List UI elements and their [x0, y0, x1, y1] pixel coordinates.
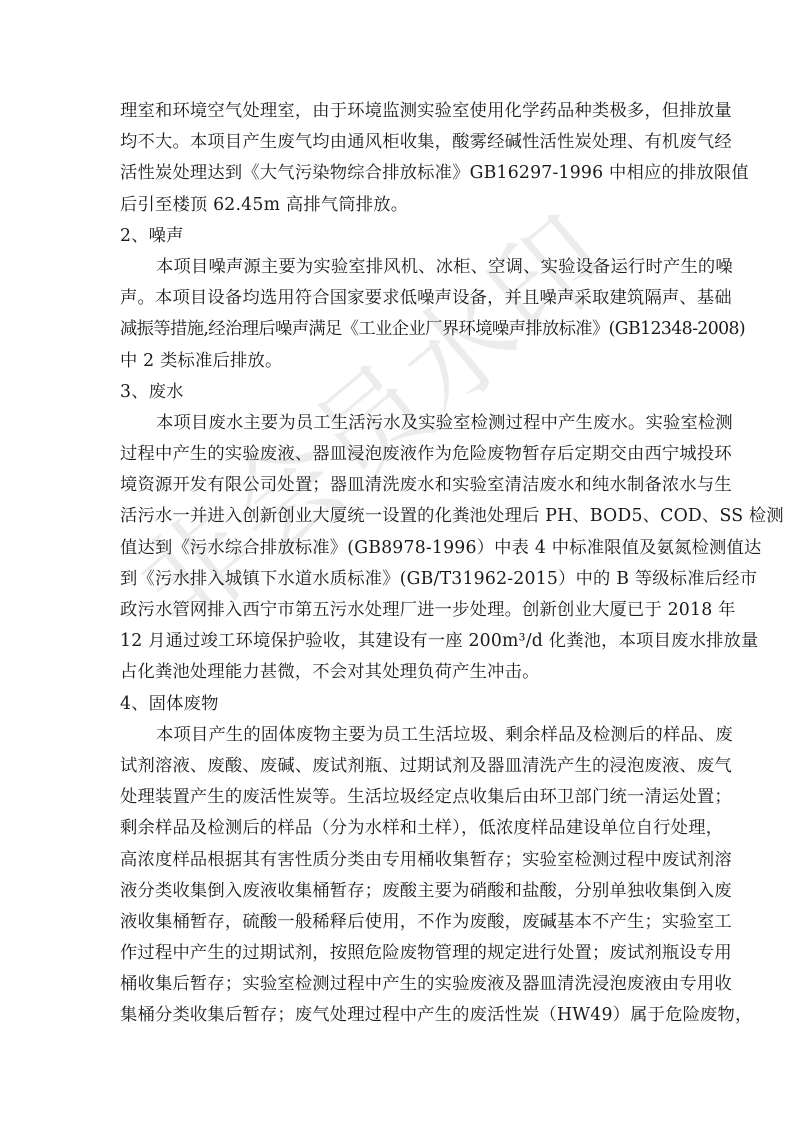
- paragraph-wastewater: 本项目废水主要为员工生活污水及实验室检测过程中产生废水。实验室检测 过程中产生的…: [120, 408, 684, 689]
- paragraph-exhaust-gas: 理室和环境空气处理室，由于环境监测实验室使用化学药品种类极多，但排放量 均不大。…: [120, 96, 684, 221]
- text-line: 中 2 类标准后排放。: [120, 346, 684, 377]
- text-line: 液收集桶暂存，硫酸一般稀释后使用，不作为废酸，废碱基本不产生；实验室工: [120, 907, 684, 938]
- text-line: 本项目废水主要为员工生活污水及实验室检测过程中产生废水。实验室检测: [120, 408, 684, 439]
- paragraph-noise: 本项目噪声源主要为实验室排风机、冰柜、空调、实验设备运行时产生的噪 声。本项目设…: [120, 252, 684, 377]
- text-line: 集桶分类收集后暂存；废气处理过程中产生的废活性炭（HW49）属于危险废物，: [120, 1000, 684, 1031]
- text-line: 剩余样品及检测后的样品（分为水样和土样），低浓度样品建设单位自行处理，: [120, 813, 684, 844]
- text-line: 活性炭处理达到《大气污染物综合排放标准》GB16297-1996 中相应的排放限…: [120, 158, 684, 189]
- text-line: 境资源开发有限公司处置；器皿清洗废水和实验室清洁废水和纯水制备浓水与生: [120, 470, 684, 501]
- text-line: 高浓度样品根据其有害性质分类由专用桶收集暂存；实验室检测过程中废试剂溶: [120, 845, 684, 876]
- text-line: 活污水一并进入创新创业大厦统一设置的化粪池处理后 PH、BOD5、COD、SS …: [120, 501, 684, 532]
- text-line: 本项目产生的固体废物主要为员工生活垃圾、剩余样品及检测后的样品、废: [120, 720, 684, 751]
- text-line: 值达到《污水综合排放标准》(GB8978-1996）中表 4 中标准限值及氨氮检…: [120, 533, 684, 564]
- text-line: 液分类收集倒入废液收集桶暂存；废酸主要为硝酸和盐酸，分别单独收集倒入废: [120, 876, 684, 907]
- text-line: 后引至楼顶 62.45m 高排气筒排放。: [120, 190, 684, 221]
- text-line: 本项目噪声源主要为实验室排风机、冰柜、空调、实验设备运行时产生的噪: [120, 252, 684, 283]
- text-line: 均不大。本项目产生废气均由通风柜收集，酸雾经碱性活性炭处理、有机废气经: [120, 127, 684, 158]
- text-line: 处理装置产生的废活性炭等。生活垃圾经定点收集后由环卫部门统一清运处置；: [120, 782, 684, 813]
- text-line: 减振等措施,经治理后噪声满足《工业企业厂界环境噪声排放标准》(GB12348-2…: [120, 314, 684, 345]
- section-heading-wastewater: 3、废水: [120, 377, 684, 408]
- text-line: 试剂溶液、废酸、废碱、废试剂瓶、过期试剂及器皿清洗产生的浸泡废液、废气: [120, 751, 684, 782]
- text-line: 理室和环境空气处理室，由于环境监测实验室使用化学药品种类极多，但排放量: [120, 96, 684, 127]
- text-line: 到《污水排入城镇下水道水质标准》(GB/T31962-2015）中的 B 等级标…: [120, 564, 684, 595]
- text-line: 政污水管网排入西宁市第五污水处理厂进一步处理。创新创业大厦已于 2018 年: [120, 595, 684, 626]
- text-line: 过程中产生的实验废液、器皿浸泡废液作为危险废物暂存后定期交由西宁城投环: [120, 439, 684, 470]
- paragraph-solid-waste: 本项目产生的固体废物主要为员工生活垃圾、剩余样品及检测后的样品、废 试剂溶液、废…: [120, 720, 684, 1032]
- text-line: 作过程中产生的过期试剂，按照危险废物管理的规定进行处置；废试剂瓶设专用: [120, 938, 684, 969]
- document-page: 理室和环境空气处理室，由于环境监测实验室使用化学药品种类极多，但排放量 均不大。…: [120, 96, 684, 1032]
- text-line: 声。本项目设备均选用符合国家要求低噪声设备，并且噪声采取建筑隔声、基础: [120, 283, 684, 314]
- text-line: 桶收集后暂存；实验室检测过程中产生的实验废液及器皿清洗浸泡废液由专用收: [120, 969, 684, 1000]
- text-line: 12 月通过竣工环境保护验收，其建设有一座 200m³/d 化粪池，本项目废水排…: [120, 626, 684, 657]
- section-heading-noise: 2、噪声: [120, 221, 684, 252]
- section-heading-solid-waste: 4、固体废物: [120, 689, 684, 720]
- text-line: 占化粪池处理能力甚微，不会对其处理负荷产生冲击。: [120, 657, 684, 688]
